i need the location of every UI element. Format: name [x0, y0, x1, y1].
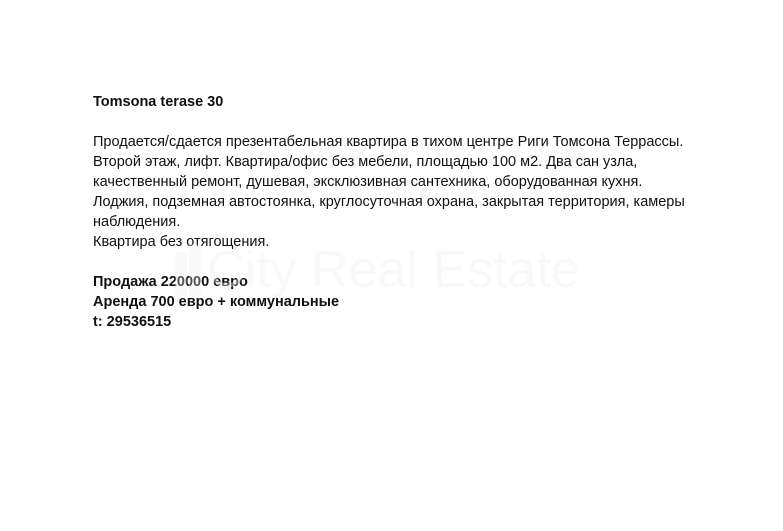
listing-content: Tomsona terase 30 Продается/сдается през…: [93, 92, 713, 332]
description-line: Второй этаж, лифт. Квартира/офис без меб…: [93, 152, 713, 172]
listing-description: Продается/сдается презентабельная кварти…: [93, 132, 713, 252]
spacer: [93, 252, 713, 272]
description-line: Продается/сдается презентабельная кварти…: [93, 132, 713, 152]
description-line: Квартира без отягощения.: [93, 232, 713, 252]
sale-price: Продажа 220000 евро: [93, 272, 713, 292]
description-line: наблюдения.: [93, 212, 713, 232]
phone-number: t: 29536515: [93, 312, 713, 332]
rent-price: Аренда 700 евро + коммунальные: [93, 292, 713, 312]
listing-title: Tomsona terase 30: [93, 92, 713, 112]
spacer: [93, 112, 713, 132]
description-line: качественный ремонт, душевая, эксклюзивн…: [93, 172, 713, 192]
description-line: Лоджия, подземная автостоянка, круглосут…: [93, 192, 713, 212]
